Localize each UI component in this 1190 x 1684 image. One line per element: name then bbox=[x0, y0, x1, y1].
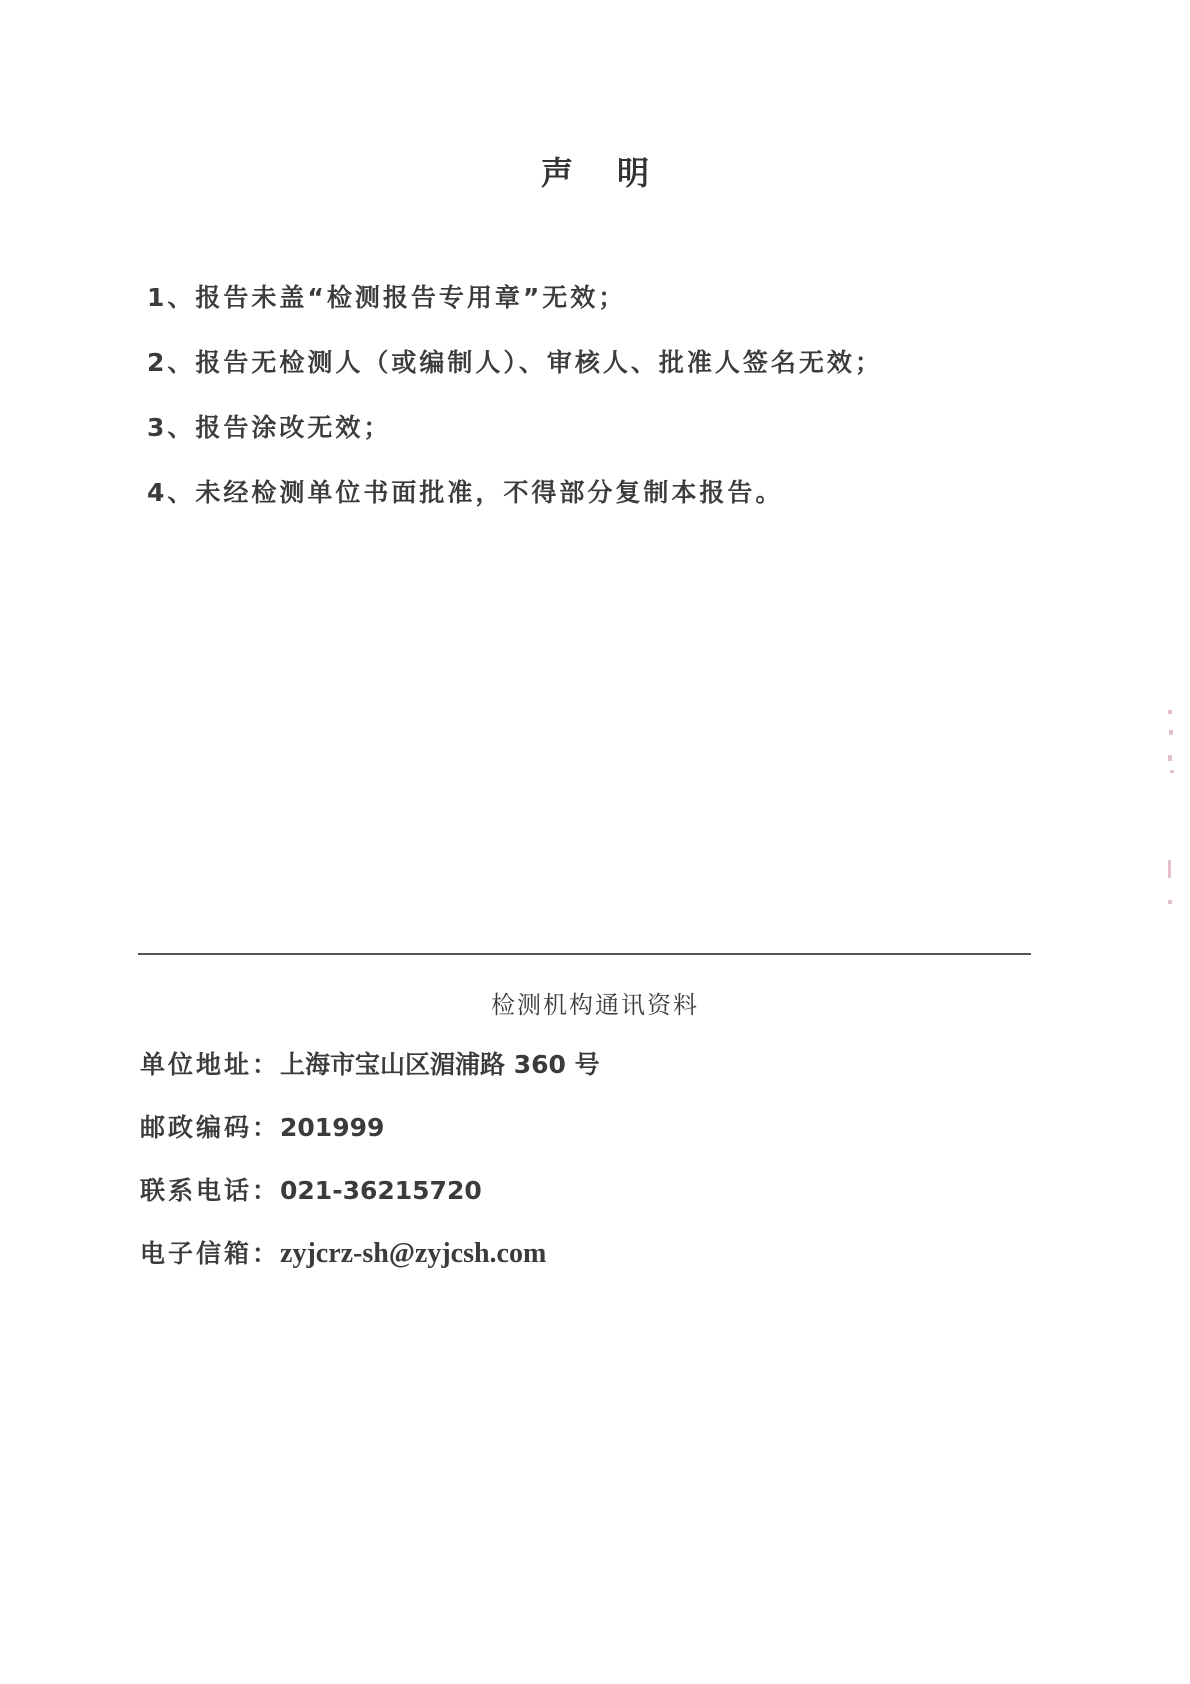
page-title: 声明 bbox=[0, 148, 1190, 194]
declaration-item: 2、报告无检测人（或编制人）、审核人、批准人签名无效； bbox=[147, 343, 883, 408]
declaration-item: 3、报告涂改无效； bbox=[147, 408, 883, 473]
postcode-label: 邮政编码： bbox=[140, 1113, 280, 1142]
declaration-item: 4、未经检测单位书面批准，不得部分复制本报告。 bbox=[147, 473, 883, 538]
title-char-1: 声 bbox=[541, 154, 573, 192]
email-label: 电子信箱： bbox=[140, 1239, 280, 1268]
section-divider bbox=[138, 953, 1031, 955]
title-char-2: 明 bbox=[617, 154, 649, 192]
contact-row-postcode: 邮政编码：201999 bbox=[140, 1108, 600, 1171]
address-label: 单位地址： bbox=[140, 1050, 280, 1079]
phone-label: 联系电话： bbox=[140, 1176, 280, 1205]
address-value: 上海市宝山区湄浦路 360 号 bbox=[280, 1050, 600, 1079]
seal-stamp-fragment-icon bbox=[1168, 700, 1180, 910]
contact-row-phone: 联系电话：021-36215720 bbox=[140, 1171, 600, 1234]
declaration-list: 1、报告未盖“检测报告专用章”无效； 2、报告无检测人（或编制人）、审核人、批准… bbox=[147, 278, 883, 538]
email-value: zyjcrz-sh@zyjcsh.com bbox=[280, 1238, 546, 1269]
phone-value: 021-36215720 bbox=[280, 1176, 482, 1205]
document-page: 声明 1、报告未盖“检测报告专用章”无效； 2、报告无检测人（或编制人）、审核人… bbox=[0, 0, 1190, 1684]
contact-row-email: 电子信箱：zyjcrz-sh@zyjcsh.com bbox=[140, 1234, 600, 1297]
declaration-item: 1、报告未盖“检测报告专用章”无效； bbox=[147, 278, 883, 343]
contact-heading: 检测机构通讯资料 bbox=[0, 985, 1190, 1020]
postcode-value: 201999 bbox=[280, 1113, 384, 1142]
contact-info: 单位地址：上海市宝山区湄浦路 360 号 邮政编码：201999 联系电话：02… bbox=[140, 1045, 600, 1297]
contact-row-address: 单位地址：上海市宝山区湄浦路 360 号 bbox=[140, 1045, 600, 1108]
